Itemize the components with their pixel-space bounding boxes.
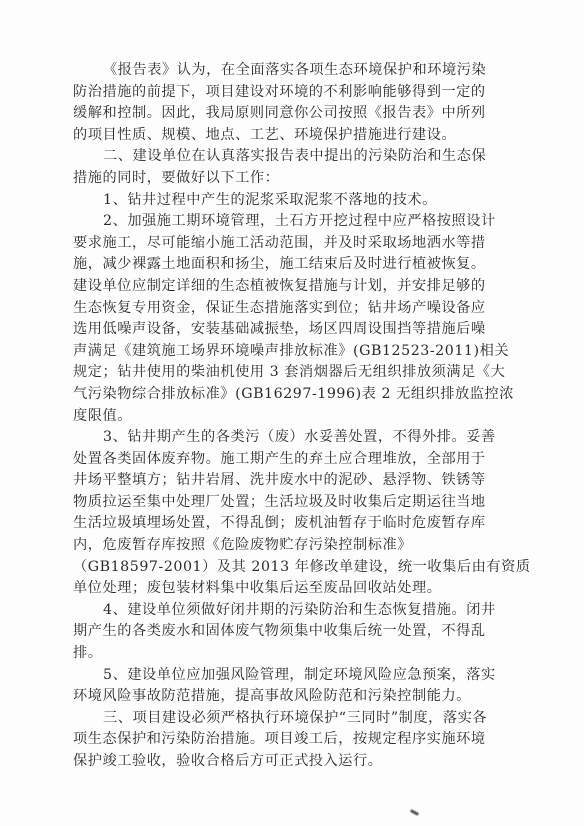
text-line: 生态恢复专用资金，保证生态措施落实到位；钻井场产噪设备应 — [73, 298, 523, 320]
paragraph-first-line: 3、钻井期产生的各类污（废）水妥善处置，不得外排。妥善 — [73, 427, 523, 449]
document-body: 《报告表》认为，在全面落实各项生态环境保护和环境污染防治措施的前提下，项目建设对… — [73, 60, 523, 773]
text-line: 声满足《建筑施工场界环境噪声排放标准》(GB12523-2011)相关 — [73, 341, 523, 363]
text-line: 内，危废暂存库按照《危险废物贮存污染控制标准》 — [73, 535, 523, 557]
text-line: 要求施工，尽可能缩小施工活动范围，并及时采取场地洒水等措 — [73, 233, 523, 255]
text-line: 气污染物综合排放标准》(GB16297-1996)表 2 无组织排放监控浓 — [73, 384, 523, 406]
text-line: 物质拉运至集中处理厂处置；生活垃圾及时收集后定期运往当地 — [73, 492, 523, 514]
text-line: （GB18597-2001）及其 2013 年修改单建设，统一收集后由有资质 — [73, 557, 523, 579]
text-line: 单位处理；废包装材料集中收集后运至废品回收站处理。 — [73, 578, 523, 600]
text-line: 防治措施的前提下，项目建设对环境的不利影响能够得到一定的 — [73, 82, 523, 104]
paragraph-first-line: 5、建设单位应加强风险管理，制定环境风险应急预案，落实 — [73, 665, 523, 687]
text-line: 环境风险事故防范措施，提高事故风险防范和污染控制能力。 — [73, 686, 523, 708]
text-line: 期产生的各类废水和固体废气物须集中收集后统一处置，不得乱 — [73, 621, 523, 643]
text-line: 的项目性质、规模、地点、工艺、环境保护措施进行建设。 — [73, 125, 523, 147]
text-line: 井场平整填方；钻井岩屑、洗井废水中的泥砂、悬浮物、铁锈等 — [73, 470, 523, 492]
text-line: 规定；钻井使用的柴油机使用 3 套消烟器后无组织排放须满足《大 — [73, 362, 523, 384]
scanned-document-page: 《报告表》认为，在全面落实各项生态环境保护和环境污染防治措施的前提下，项目建设对… — [0, 0, 584, 826]
scan-artifact-mark — [410, 809, 419, 816]
paragraph-first-line: 2、加强施工期环境管理，土石方开挖过程中应严格按照设计 — [73, 211, 523, 233]
text-line: 度限值。 — [73, 406, 523, 428]
text-line: 缓解和控制。因此，我局原则同意你公司按照《报告表》中所列 — [73, 103, 523, 125]
paragraph-first-line: 1、钻井过程中产生的泥浆采取泥浆不落地的技术。 — [73, 190, 523, 212]
text-line: 选用低噪声设备，安装基础减振垫，场区四周设围挡等措施后噪 — [73, 319, 523, 341]
text-line: 施，减少裸露土地面积和扬尘，施工结束后及时进行植被恢复。 — [73, 254, 523, 276]
text-line: 生活垃圾填埋场处置，不得乱倒；废机油暂存于临时危废暂存库 — [73, 513, 523, 535]
paragraph-first-line: 4、建设单位须做好闭井期的污染防治和生态恢复措施。闭井 — [73, 600, 523, 622]
text-line: 项生态保护和污染防治措施。项目竣工后，按规定程序实施环境 — [73, 729, 523, 751]
text-line: 保护竣工验收，验收合格后方可正式投入运行。 — [73, 751, 523, 773]
text-line: 建设单位应制定详细的生态植被恢复措施与计划，并安排足够的 — [73, 276, 523, 298]
text-line: 处置各类固体废弃物。施工期产生的弃土应合理堆放，全部用于 — [73, 449, 523, 471]
text-line: 措施的同时，要做好以下工作： — [73, 168, 523, 190]
paragraph-first-line: 三、项目建设必须严格执行环境保护“三同时”制度，落实各 — [73, 708, 523, 730]
paragraph-first-line: 二、建设单位在认真落实报告表中提出的污染防治和生态保 — [73, 146, 523, 168]
text-line: 排。 — [73, 643, 523, 665]
paragraph-first-line: 《报告表》认为，在全面落实各项生态环境保护和环境污染 — [73, 60, 523, 82]
